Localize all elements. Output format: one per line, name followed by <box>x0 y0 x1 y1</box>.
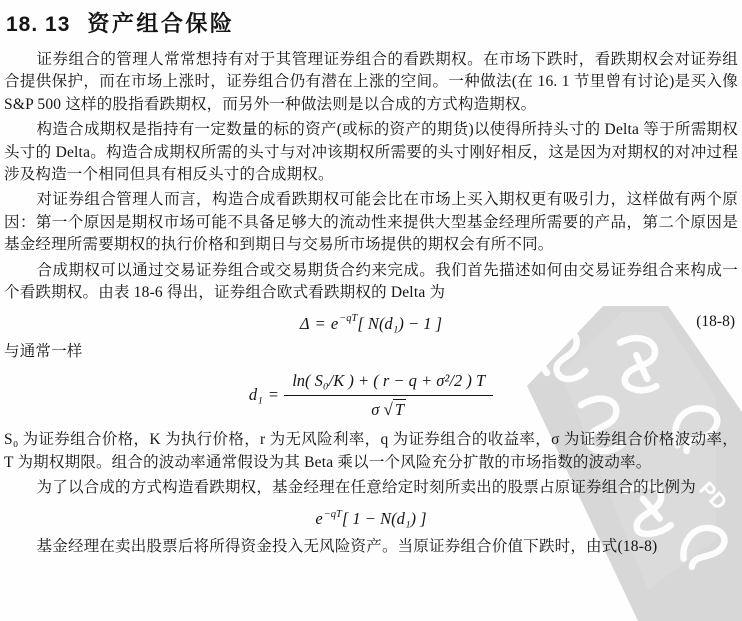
book-page: PD 18. 13 资产组合保险 证券组合的管理人常常想持有对于其管理证券组合的… <box>0 0 742 621</box>
equation-proportion-body: e−qT[ 1 − N(d₁) ] <box>315 509 426 528</box>
eq-d1-sigma: σ <box>371 400 379 419</box>
eq-d1-denominator: σ √T <box>284 396 493 421</box>
equation-delta-body: Δ=e−qT[ N(d₁) − 1 ] <box>300 314 442 333</box>
eq-prop-rhs: [ 1 − N(d₁) ] <box>342 509 427 528</box>
paragraph-trading-portfolio: 合成期权可以通过交易证券组合或交易期货合约来完成。我们首先描述如何由交易证券组合… <box>4 260 738 305</box>
eq-delta-base: e <box>331 314 338 333</box>
section-title: 资产组合保险 <box>87 7 234 38</box>
page-content: 18. 13 资产组合保险 证券组合的管理人常常想持有对于其管理证券组合的看跌期… <box>0 0 742 559</box>
equation-d1-body: d₁=ln( S₀/K ) + ( r − q + σ²/2 ) Tσ √T <box>249 385 493 404</box>
eq-d1-fraction: ln( S₀/K ) + ( r − q + σ²/2 ) Tσ √T <box>284 370 493 421</box>
paragraph-closing: 基金经理在卖出股票后将所得资金投入无风险资产。当原证券组合价值下跌时，由式(18… <box>4 536 738 558</box>
eq-d1-numerator: ln( S₀/K ) + ( r − q + σ²/2 ) T <box>284 370 493 396</box>
eq-d1-equals: = <box>263 385 284 404</box>
eq-delta-equals: = <box>310 314 331 333</box>
eq-delta-exponent: −qT <box>339 313 357 324</box>
eq-prop-base: e <box>315 509 322 528</box>
equation-delta: Δ=e−qT[ N(d₁) − 1 ] (18-8) <box>4 309 738 335</box>
paragraph-intro: 证券组合的管理人常常想持有对于其管理证券组合的看跌期权。在市场下跌时，看跌期权会… <box>4 49 738 116</box>
section-number: 18. 13 <box>6 13 70 37</box>
eq-prop-exponent: −qT <box>324 509 342 520</box>
equation-number: (18-8) <box>696 311 735 333</box>
paragraph-variable-definitions: S₀ 为证券组合价格，K 为执行价格，r 为无风险利率，q 为证券组合的收益率，… <box>4 429 738 474</box>
paragraph-as-usual: 与通常一样 <box>4 341 738 363</box>
section-heading: 18. 13 资产组合保险 <box>6 7 738 38</box>
paragraph-synthetic-definition: 构造合成期权是指持有一定数量的标的资产(或标的资产的期货)以使得所持头寸的 De… <box>4 119 738 186</box>
radical-sign: √ <box>384 400 393 419</box>
eq-delta-rhs: [ N(d₁) − 1 ] <box>357 314 442 333</box>
paragraph-proportion-intro: 为了以合成的方式构造看跌期权，基金经理在任意给定时刻所卖出的股票占原证券组合的比… <box>4 477 738 499</box>
eq-d1-radicand: T <box>393 399 406 419</box>
eq-delta-lhs: Δ <box>300 314 310 333</box>
equation-d1: d₁=ln( S₀/K ) + ( r − q + σ²/2 ) Tσ √T <box>4 370 738 421</box>
equation-proportion: e−qT[ 1 − N(d₁) ] <box>4 505 738 531</box>
eq-d1-lhs: d₁ <box>249 385 263 404</box>
paragraph-two-reasons: 对证券组合管理人而言，构造合成看跌期权可能会比在市场上买入期权更有吸引力，这样做… <box>4 189 738 256</box>
